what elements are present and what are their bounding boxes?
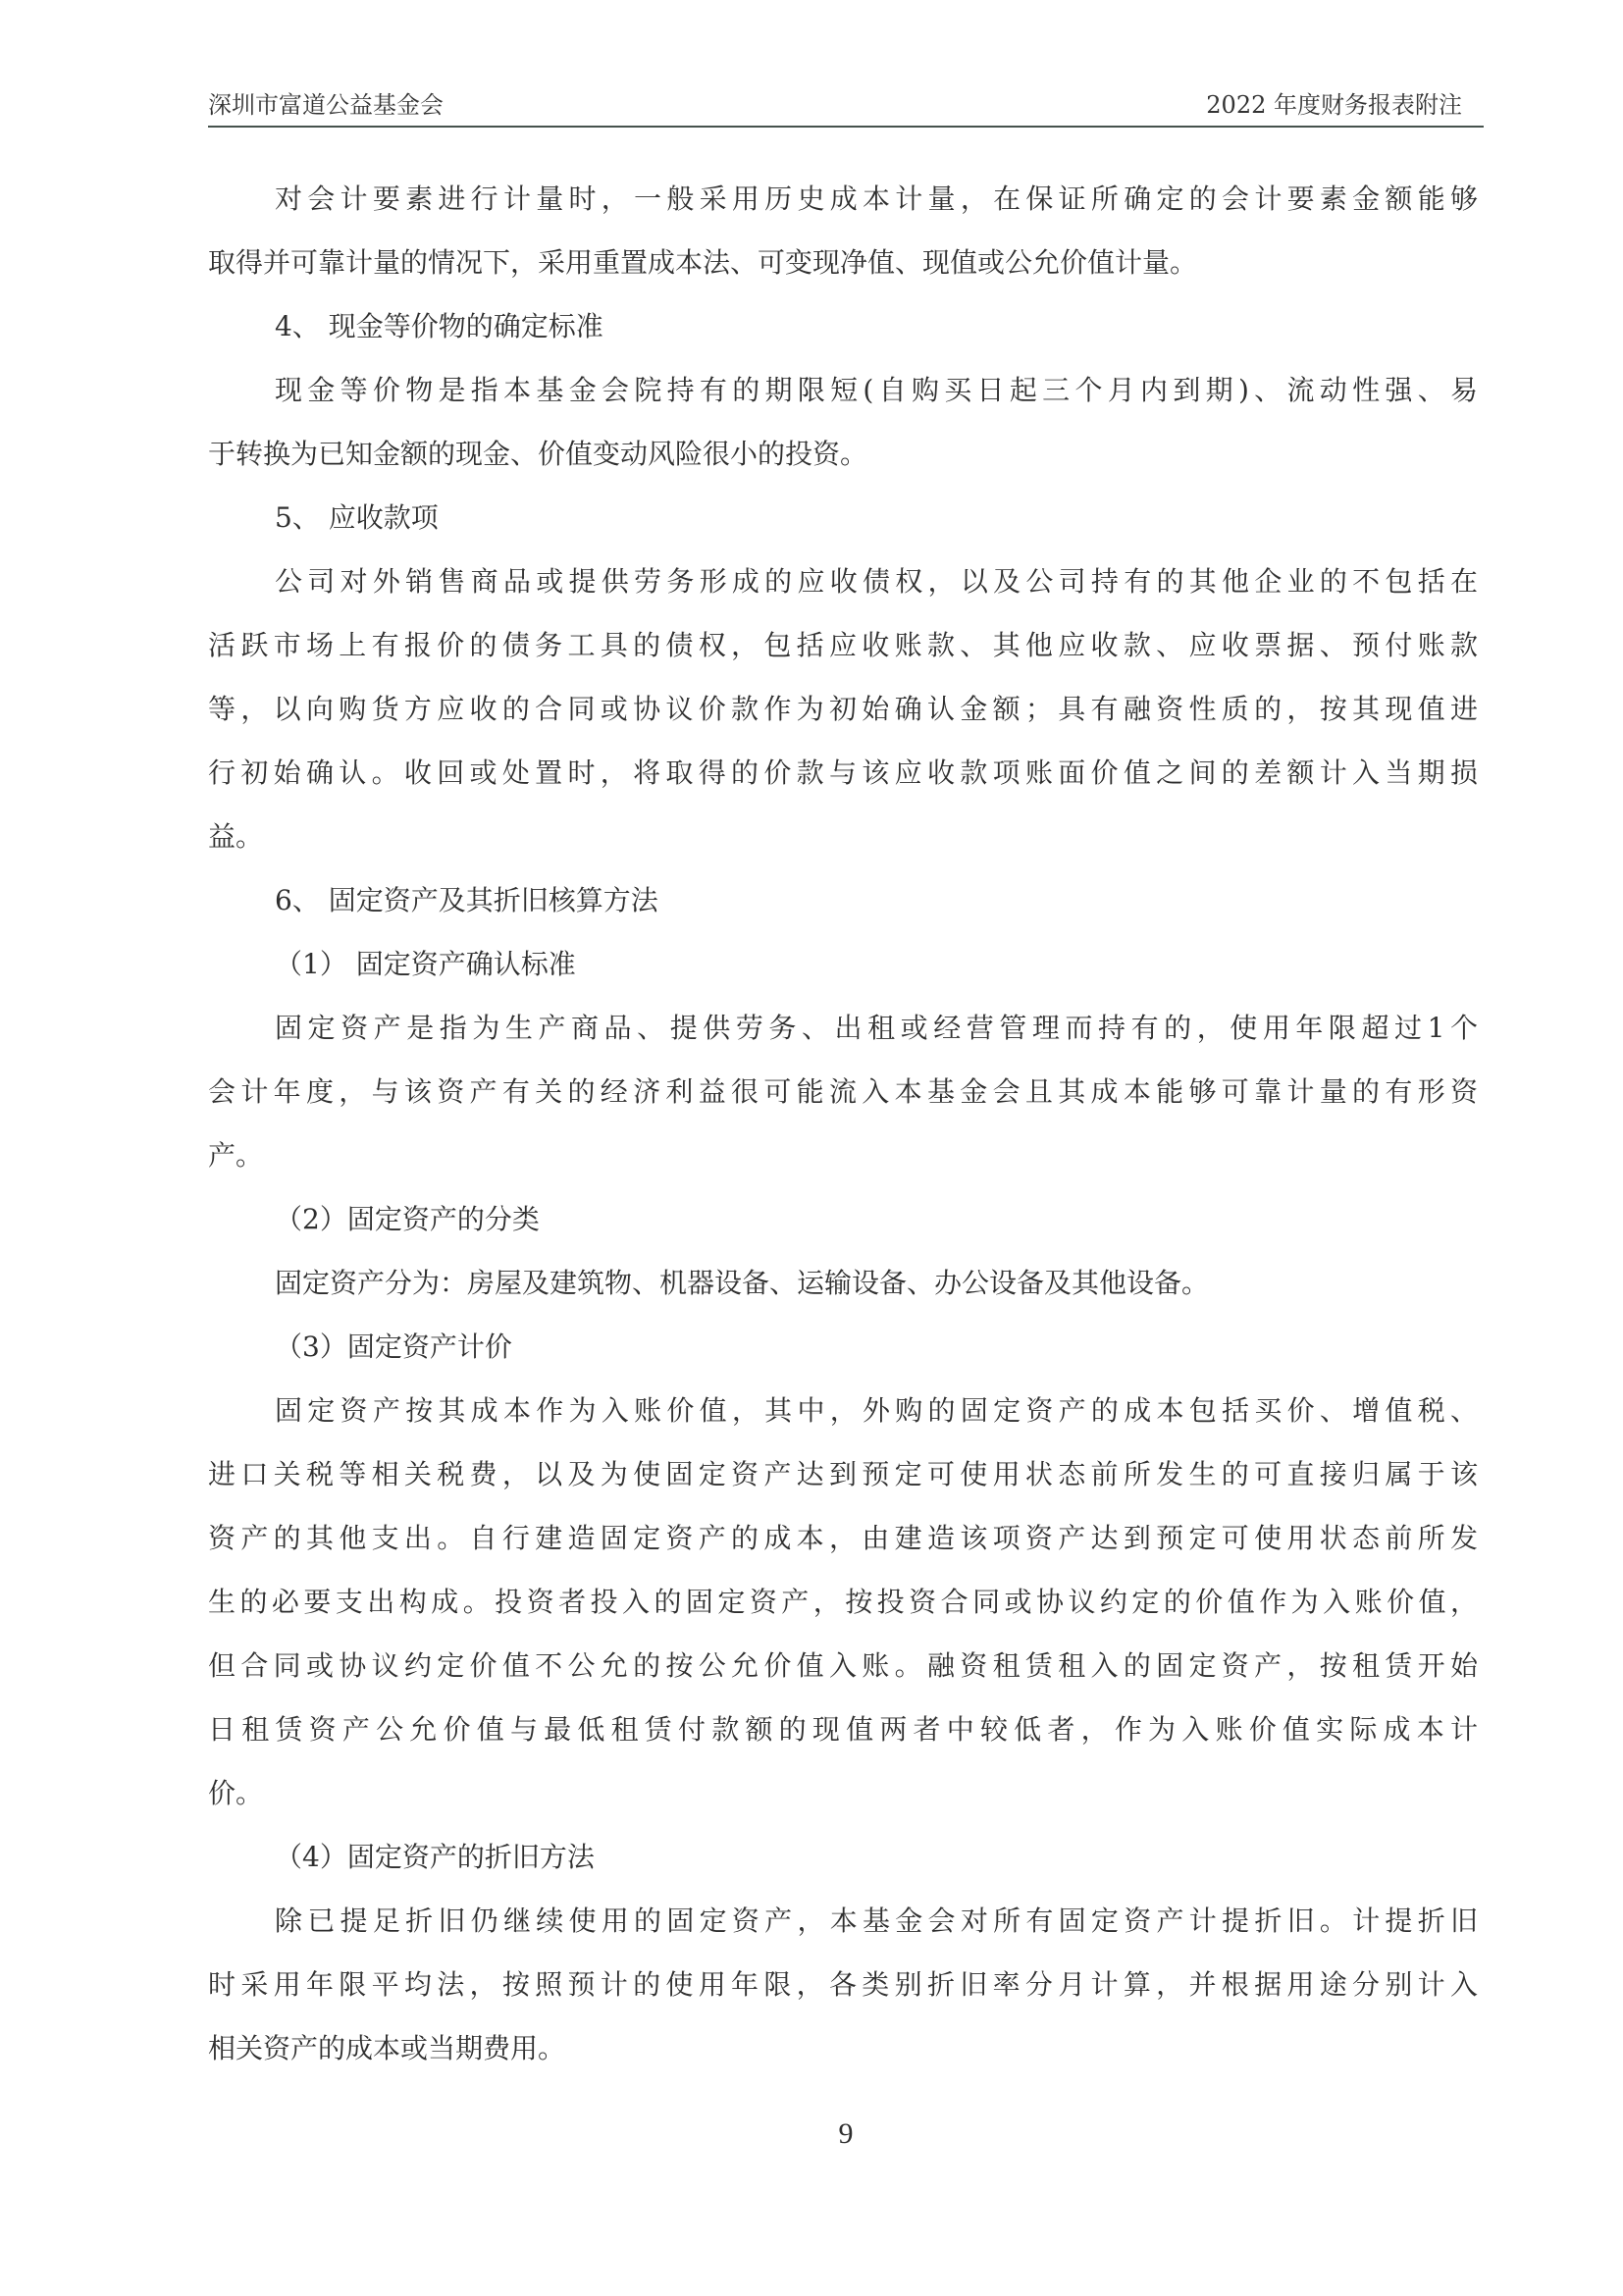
text-line: 资产的其他支出。自行建造固定资产的成本，由建造该项资产达到预定可使用状态前所发 <box>208 1506 1478 1570</box>
text-line: 公司对外销售商品或提供劳务形成的应收债权，以及公司持有的其他企业的不包括在 <box>275 549 1478 613</box>
text-line: 进口关税等相关税费，以及为使固定资产达到预定可使用状态前所发生的可直接归属于该 <box>208 1442 1478 1506</box>
text-line: 5、 应收款项 <box>275 486 439 549</box>
text-line: 生的必要支出构成。投资者投入的固定资产，按投资合同或协议约定的价值作为入账价值， <box>208 1570 1478 1634</box>
text-line: 日租赁资产公允价值与最低租赁付款额的现值两者中较低者，作为入账价值实际成本计 <box>208 1697 1478 1761</box>
text-line: 行初始确认。收回或处置时，将取得的价款与该应收款项账面价值之间的差额计入当期损 <box>208 741 1478 805</box>
text-line: 固定资产按其成本作为入账价值，其中，外购的固定资产的成本包括买价、增值税、 <box>275 1379 1478 1442</box>
text-line: 会计年度，与该资产有关的经济利益很可能流入本基金会且其成本能够可靠计量的有形资 <box>208 1060 1478 1123</box>
page-number: 9 <box>826 2117 865 2151</box>
document-page: 深圳市富道公益基金会 2022 年度财务报表附注 对会计要素进行计量时，一般采用… <box>0 0 1623 2296</box>
text-line: 4、 现金等价物的确定标准 <box>275 294 603 358</box>
text-line: 益。 <box>208 805 263 868</box>
text-line: 活跃市场上有报价的债务工具的债权，包括应收账款、其他应收款、应收票据、预付账款 <box>208 613 1478 677</box>
text-line: （1） 固定资产确认标准 <box>275 932 576 996</box>
text-line: 固定资产分为：房屋及建筑物、机器设备、运输设备、办公设备及其他设备。 <box>275 1251 1209 1315</box>
text-line: 相关资产的成本或当期费用。 <box>208 2016 565 2080</box>
text-line: 6、 固定资产及其折旧核算方法 <box>275 868 658 932</box>
text-line: 产。 <box>208 1123 263 1187</box>
text-line: 时采用年限平均法，按照预计的使用年限，各类别折旧率分月计算，并根据用途分别计入 <box>208 1953 1478 2016</box>
header-divider <box>208 126 1484 128</box>
text-line: 现金等价物是指本基金会院持有的期限短(自购买日起三个月内到期)、流动性强、易 <box>275 358 1478 422</box>
text-line: 对会计要素进行计量时，一般采用历史成本计量，在保证所确定的会计要素金额能够 <box>275 167 1478 231</box>
text-line: 于转换为已知金额的现金、价值变动风险很小的投资。 <box>208 422 867 486</box>
text-line: 但合同或协议约定价值不公允的按公允价值入账。融资租赁租入的固定资产，按租赁开始 <box>208 1634 1478 1697</box>
text-line: （3）固定资产计价 <box>275 1315 512 1379</box>
text-line: 固定资产是指为生产商品、提供劳务、出租或经营管理而持有的，使用年限超过1个 <box>275 996 1478 1060</box>
organization-name: 深圳市富道公益基金会 <box>208 85 444 120</box>
text-line: （2）固定资产的分类 <box>275 1187 540 1251</box>
document-title: 2022 年度财务报表附注 <box>1206 85 1462 120</box>
text-line: （4）固定资产的折旧方法 <box>275 1825 595 1889</box>
text-line: 除已提足折旧仍继续使用的固定资产，本基金会对所有固定资产计提折旧。计提折旧 <box>275 1889 1478 1953</box>
text-line: 价。 <box>208 1761 263 1825</box>
page-header: 深圳市富道公益基金会 2022 年度财务报表附注 <box>208 84 1484 128</box>
text-line: 等，以向购货方应收的合同或协议价款作为初始确认金额；具有融资性质的，按其现值进 <box>208 677 1478 741</box>
text-line: 取得并可靠计量的情况下，采用重置成本法、可变现净值、现值或公允价值计量。 <box>208 231 1197 294</box>
